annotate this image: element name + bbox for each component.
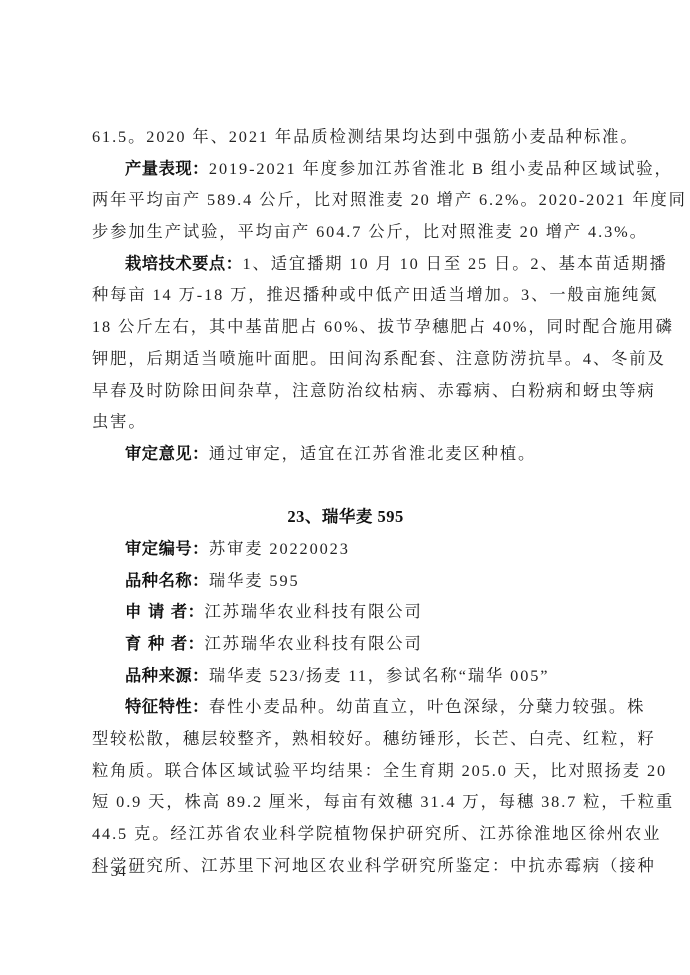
text-line: 早春及时防除田间杂草，注意防治纹枯病、赤霉病、白粉病和蚜虫等病 (92, 381, 656, 400)
field-applicant: 申 请 者：江苏瑞华农业科技有限公司 (92, 596, 599, 628)
yield-paragraph-line: 产量表现：2019-2021 年度参加江苏省淮北 B 组小麦品种区域试验， (92, 153, 599, 185)
field-label: 育 种 者： (125, 634, 204, 653)
field-variety-name: 品种名称：瑞华麦 595 (92, 565, 599, 597)
text-line: 2019-2021 年度参加江苏省淮北 B 组小麦品种区域试验， (209, 159, 673, 178)
text-line: 1、适宜播期 10 月 10 日至 25 日。2、基本苗适期播 (242, 254, 667, 273)
opinion-text: 通过审定，适宜在江苏省淮北麦区种植。 (209, 444, 536, 463)
text-line: 步参加生产试验，平均亩产 604.7 公斤，比对照淮麦 20 增产 4.3%。 (92, 222, 648, 241)
cultivation-paragraph-line: 早春及时防除田间杂草，注意防治纹枯病、赤霉病、白粉病和蚜虫等病 (92, 375, 599, 407)
characteristics-paragraph-line: 特征特性：春性小麦品种。幼苗直立，叶色深绿，分蘖力较强。株 (92, 691, 599, 723)
quality-paragraph-tail: 61.5。2020 年、2021 年品质检测结果均达到中强筋小麦品种标准。 (92, 121, 599, 153)
text-line: 钾肥，后期适当喷施叶面肥。田间沟系配套、注意防涝抗旱。4、冬前及 (92, 349, 666, 368)
field-label: 品种来源： (125, 666, 209, 685)
field-value: 江苏瑞华农业科技有限公司 (204, 602, 422, 621)
text-line: 科学研究所、江苏里下河地区农业科学研究所鉴定：中抗赤霉病（接种 (92, 856, 656, 875)
text-line: 61.5。2020 年、2021 年品质检测结果均达到中强筋小麦品种标准。 (92, 127, 639, 146)
text-line: 短 0.9 天，株高 89.2 厘米，每亩有效穗 31.4 万，每穗 38.7 … (92, 792, 674, 811)
characteristics-paragraph-line: 粒角质。联合体区域试验平均结果：全生育期 205.0 天，比对照扬麦 20 (92, 755, 599, 787)
opinion-label: 审定意见： (125, 444, 209, 463)
page-number: — 34 — (92, 864, 145, 881)
text-line: 种每亩 14 万-18 万，推迟播种或中低产田适当增加。3、一般亩施纯氮 (92, 285, 658, 304)
field-value: 瑞华麦 523/扬麦 11，参试名称“瑞华 005” (209, 666, 549, 685)
characteristics-paragraph-line: 短 0.9 天，株高 89.2 厘米，每亩有效穗 31.4 万，每穗 38.7 … (92, 786, 599, 818)
section-heading: 23、瑞华麦 595 (92, 501, 599, 533)
text-line: 春性小麦品种。幼苗直立，叶色深绿，分蘖力较强。株 (209, 697, 645, 716)
field-label: 申 请 者： (125, 602, 204, 621)
text-line: 型较松散，穗层较整齐，熟相较好。穗纺锤形，长芒、白壳、红粒，籽 (92, 729, 656, 748)
opinion-paragraph: 审定意见：通过审定，适宜在江苏省淮北麦区种植。 (92, 438, 599, 470)
field-label: 品种名称： (125, 571, 209, 590)
cultivation-paragraph-line: 18 公斤左右，其中基苗肥占 60%、拔节孕穗肥占 40%，同时配合施用磷 (92, 311, 599, 343)
field-breeder: 育 种 者：江苏瑞华农业科技有限公司 (92, 628, 599, 660)
field-approval-no: 审定编号：苏审麦 20220023 (92, 533, 599, 565)
yield-paragraph-line: 两年平均亩产 589.4 公斤，比对照淮麦 20 增产 6.2%。2020-20… (92, 184, 599, 216)
text-line: 虫害。 (92, 412, 147, 431)
yield-label: 产量表现： (125, 159, 209, 178)
yield-paragraph-line: 步参加生产试验，平均亩产 604.7 公斤，比对照淮麦 20 增产 4.3%。 (92, 216, 599, 248)
text-line: 两年平均亩产 589.4 公斤，比对照淮麦 20 增产 6.2%。2020-20… (92, 190, 687, 209)
text-line: 粒角质。联合体区域试验平均结果：全生育期 205.0 天，比对照扬麦 20 (92, 761, 667, 780)
text-line: 44.5 克。经江苏省农业科学院植物保护研究所、江苏徐淮地区徐州农业 (92, 824, 661, 843)
cultivation-paragraph-line: 钾肥，后期适当喷施叶面肥。田间沟系配套、注意防涝抗旱。4、冬前及 (92, 343, 599, 375)
cultivation-paragraph-line: 栽培技术要点：1、适宜播期 10 月 10 日至 25 日。2、基本苗适期播 (92, 248, 599, 280)
characteristics-paragraph-line: 44.5 克。经江苏省农业科学院植物保护研究所、江苏徐淮地区徐州农业 (92, 818, 599, 850)
cultivation-paragraph-line: 虫害。 (92, 406, 599, 438)
field-label: 审定编号： (125, 539, 209, 558)
spacer (92, 470, 599, 502)
cultivation-paragraph-line: 种每亩 14 万-18 万，推迟播种或中低产田适当增加。3、一般亩施纯氮 (92, 279, 599, 311)
cultivation-label: 栽培技术要点： (125, 254, 242, 273)
document-page: 61.5。2020 年、2021 年品质检测结果均达到中强筋小麦品种标准。 产量… (92, 121, 599, 882)
field-value: 瑞华麦 595 (209, 571, 300, 590)
field-value: 苏审麦 20220023 (209, 539, 350, 558)
field-origin: 品种来源：瑞华麦 523/扬麦 11，参试名称“瑞华 005” (92, 660, 599, 692)
characteristics-paragraph-line: 型较松散，穗层较整齐，熟相较好。穗纺锤形，长芒、白壳、红粒，籽 (92, 723, 599, 755)
text-line: 18 公斤左右，其中基苗肥占 60%、拔节孕穗肥占 40%，同时配合施用磷 (92, 317, 674, 336)
characteristics-paragraph-line: 科学研究所、江苏里下河地区农业科学研究所鉴定：中抗赤霉病（接种 (92, 850, 599, 882)
field-value: 江苏瑞华农业科技有限公司 (204, 634, 422, 653)
characteristics-label: 特征特性： (125, 697, 209, 716)
